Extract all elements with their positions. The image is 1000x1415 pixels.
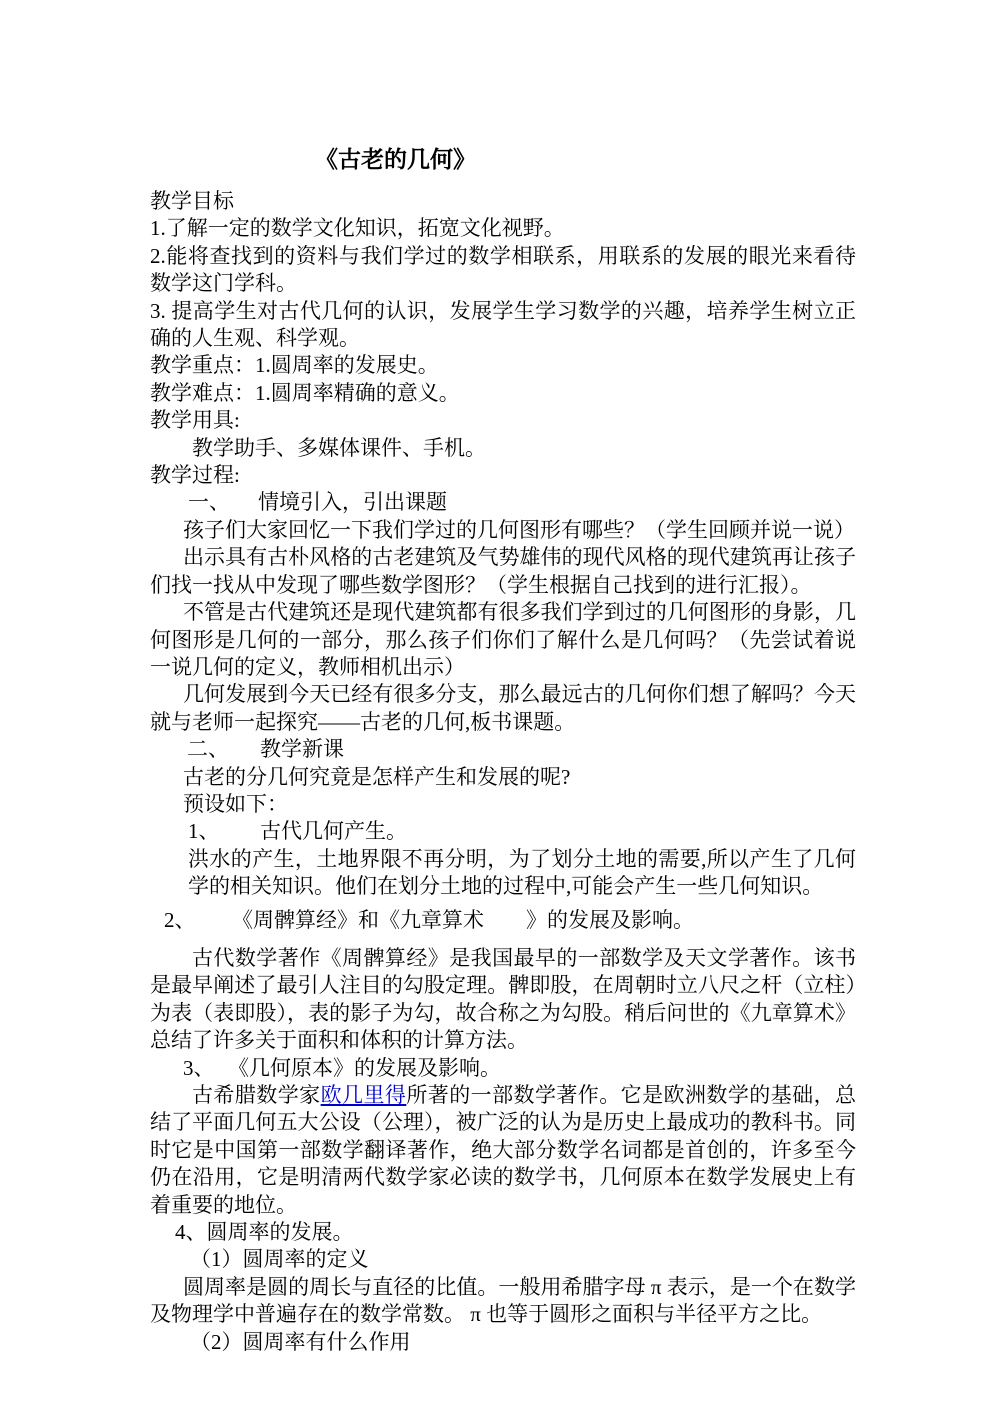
section-2-heading: 二、教学新课 [150, 736, 856, 763]
text-run: 古代几何产生。 [260, 819, 407, 843]
goal-3: 3. 提高学生对古代几何的认识，发展学生学习数学的兴趣，培养学生树立正确的人生观… [150, 298, 856, 353]
teaching-key-point: 教学重点：1.圆周率的发展史。 [150, 352, 856, 379]
teaching-difficulty: 教学难点：1.圆周率精确的意义。 [150, 380, 856, 407]
teaching-tools-label: 教学用具: [150, 407, 856, 434]
text-run: 不管是古代建筑还是现代建筑都有很多我们学到过的几何图形的身影，几何图形是几何的一… [150, 600, 856, 679]
section-teaching-goals-label: 教学目标 [150, 188, 856, 215]
page-title: 《古老的几何》 [315, 142, 856, 178]
text-run: 预设如下： [183, 792, 288, 816]
text-run: 出示具有古朴风格的古老建筑及气势雄伟的现代风格的现代建筑再让孩子们找一找从中发现… [150, 545, 856, 596]
list-marker: 2、 [164, 907, 232, 934]
text-run: 圆周率是圆的周长与直径的比值。一般用希腊字母 π 表示，是一个在数学及物理学中普… [150, 1275, 856, 1326]
text-run: 古希腊数学家 [192, 1083, 321, 1107]
item-3-heading: 3、《几何原本》的发展及影响。 [150, 1055, 856, 1082]
list-marker: 一、 [188, 489, 258, 516]
teaching-process-label: 教学过程: [150, 462, 856, 489]
section-1-heading: 一、情境引入，引出课题 [150, 489, 856, 516]
text-run: 洪水的产生，土地界限不再分明，为了划分土地的需要,所以产生了几何学的相关知识。他… [188, 847, 856, 898]
text-run: 教学助手、多媒体课件、手机。 [192, 436, 486, 460]
text-run: 古老的分几何究竟是怎样产生和发展的呢? [183, 765, 570, 789]
list-marker: 二、 [187, 736, 260, 763]
text-run: 孩子们大家回忆一下我们学过的几何图形有哪些？（学生回顾并说一说） [183, 518, 855, 542]
item-2-heading: 2、《周髀算经》和《九章算术 》的发展及影响。 [150, 907, 856, 934]
paragraph-list: 教学目标1.了解一定的数学文化知识，拓宽文化视野。2.能将查找到的资料与我们学过… [150, 188, 856, 1356]
para-flood: 洪水的产生，土地界限不再分明，为了划分土地的需要,所以产生了几何学的相关知识。他… [150, 846, 856, 901]
document-body: 《古老的几何》 教学目标1.了解一定的数学文化知识，拓宽文化视野。2.能将查找到… [150, 142, 856, 1356]
goal-2: 2.能将查找到的资料与我们学过的数学相联系，用联系的发展的眼光来看待数学这门学科… [150, 243, 856, 298]
document-page: 《古老的几何》 教学目标1.了解一定的数学文化知识，拓宽文化视野。2.能将查找到… [0, 0, 1000, 1415]
item-1-heading: 1、古代几何产生。 [150, 818, 856, 845]
para-topic-intro: 几何发展到今天已经有很多分支，那么最远古的几何你们想了解吗？今天就与老师一起探究… [150, 681, 856, 736]
text-run: 几何发展到今天已经有很多分支，那么最远古的几何你们想了解吗？今天就与老师一起探究… [150, 682, 856, 733]
text-run: 教学过程: [150, 463, 240, 487]
para-euclid: 古希腊数学家欧几里得所著的一部数学著作。它是欧洲数学的基础，总结了平面几何五大公… [150, 1082, 856, 1219]
sub-item-2: （2）圆周率有什么作用 [150, 1329, 856, 1356]
text-run: 古代数学著作《周髀算经》是我国最早的一部数学及天文学著作。该书是最早阐述了最引人… [150, 946, 856, 1052]
text-run: 2.能将查找到的资料与我们学过的数学相联系，用联系的发展的眼光来看待数学这门学科… [150, 244, 856, 295]
para-geometry-figures: 不管是古代建筑还是现代建筑都有很多我们学到过的几何图形的身影，几何图形是几何的一… [150, 599, 856, 681]
goal-1: 1.了解一定的数学文化知识，拓宽文化视野。 [150, 215, 856, 242]
text-run: 《周髀算经》和《九章算术 》的发展及影响。 [232, 908, 694, 932]
text-run: 教学难点：1.圆周率精确的意义。 [150, 381, 460, 405]
para-presets: 预设如下： [150, 791, 856, 818]
para-zhoubi: 古代数学著作《周髀算经》是我国最早的一部数学及天文学著作。该书是最早阐述了最引人… [150, 945, 856, 1055]
text-run: 情境引入，引出课题 [258, 490, 447, 514]
para-pi-definition: 圆周率是圆的周长与直径的比值。一般用希腊字母 π 表示，是一个在数学及物理学中普… [150, 1274, 856, 1329]
text-run: 3. 提高学生对古代几何的认识，发展学生学习数学的兴趣，培养学生树立正确的人生观… [150, 299, 856, 350]
item-4-heading: 4、圆周率的发展。 [150, 1219, 856, 1246]
text-run: 《几何原本》的发展及影响。 [228, 1056, 501, 1080]
hyperlink-euclid[interactable]: 欧几里得 [321, 1083, 407, 1107]
text-run: 教学重点：1.圆周率的发展史。 [150, 353, 439, 377]
text-run: 4、圆周率的发展。 [175, 1220, 354, 1244]
para-recall: 孩子们大家回忆一下我们学过的几何图形有哪些？（学生回顾并说一说） [150, 517, 856, 544]
teaching-tools: 教学助手、多媒体课件、手机。 [150, 435, 856, 462]
text-run: 1.了解一定的数学文化知识，拓宽文化视野。 [150, 216, 565, 240]
list-marker: 3、 [183, 1055, 228, 1082]
para-buildings: 出示具有古朴风格的古老建筑及气势雄伟的现代风格的现代建筑再让孩子们找一找从中发现… [150, 544, 856, 599]
sub-item-1: （1）圆周率的定义 [150, 1246, 856, 1273]
text-run: （2）圆周率有什么作用 [190, 1330, 411, 1354]
text-run: 教学新课 [260, 737, 344, 761]
list-marker: 1、 [188, 818, 260, 845]
text-run: 教学目标 [150, 189, 234, 213]
text-run: 教学用具: [150, 408, 240, 432]
text-run: （1）圆周率的定义 [190, 1247, 369, 1271]
para-question: 古老的分几何究竟是怎样产生和发展的呢? [150, 764, 856, 791]
